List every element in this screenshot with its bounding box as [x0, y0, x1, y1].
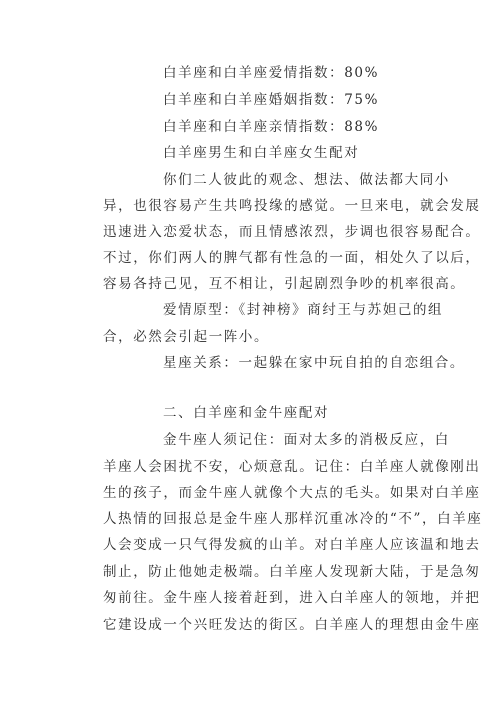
- paragraph-line: 异，也很容易产生共鸣投缘的感觉。一旦来电，就会发展: [103, 197, 481, 215]
- paragraph-line: 人会变成一只气得发疯的山羊。对白羊座人应该温和地去: [103, 536, 481, 554]
- section-heading: 二、白羊座和金牛座配对: [163, 404, 329, 422]
- paragraph-line: 不过，你们两人的脾气都有性急的一面，相处久了以后，: [103, 249, 481, 267]
- section-subtitle: 白羊座男生和白羊座女生配对: [163, 144, 359, 162]
- document-page: 白羊座和白羊座爱情指数：80% 白羊座和白羊座婚姻指数：75% 白羊座和白羊座亲…: [0, 0, 500, 708]
- family-index-line: 白羊座和白羊座亲情指数：88%: [163, 118, 379, 136]
- paragraph-line: 金牛座人须记住：面对太多的消极反应，白: [163, 431, 450, 449]
- relationship-line: 星座关系：一起躲在家中玩自拍的自恋组合。: [163, 354, 465, 372]
- paragraph-line: 迅速进入恋爱状态，而且情感浓烈，步调也很容易配合。: [103, 223, 481, 241]
- marriage-index-line: 白羊座和白羊座婚姻指数：75%: [163, 91, 379, 109]
- love-archetype-line: 爱情原型：《封神榜》商纣王与苏妲己的组: [163, 301, 443, 319]
- paragraph-line: 人热情的回报总是金牛座人那样沉重冰冷的“不”，白羊座: [103, 510, 482, 528]
- paragraph-line: 你们二人彼此的观念、想法、做法都大同小: [163, 171, 450, 189]
- paragraph-line: 羊座人会困扰不安，心烦意乱。记住：白羊座人就像刚出: [103, 458, 481, 476]
- paragraph-line: 容易各持己见，互不相让，引起剧烈争吵的机率很高。: [103, 275, 465, 293]
- paragraph-line: 它建设成一个兴旺发达的街区。白羊座人的理想由金牛座: [103, 616, 481, 634]
- love-archetype-line: 合，必然会引起一阵小。: [103, 328, 269, 346]
- paragraph-line: 制止，防止他她走极端。白羊座人发现新大陆，于是急匆: [103, 563, 481, 581]
- paragraph-line: 生的孩子，而金牛座人就像个大点的毛头。如果对白羊座: [103, 484, 481, 502]
- paragraph-line: 匆前往。金牛座人接着赶到，进入白羊座人的领地，并把: [103, 589, 481, 607]
- love-index-line: 白羊座和白羊座爱情指数：80%: [163, 64, 379, 82]
